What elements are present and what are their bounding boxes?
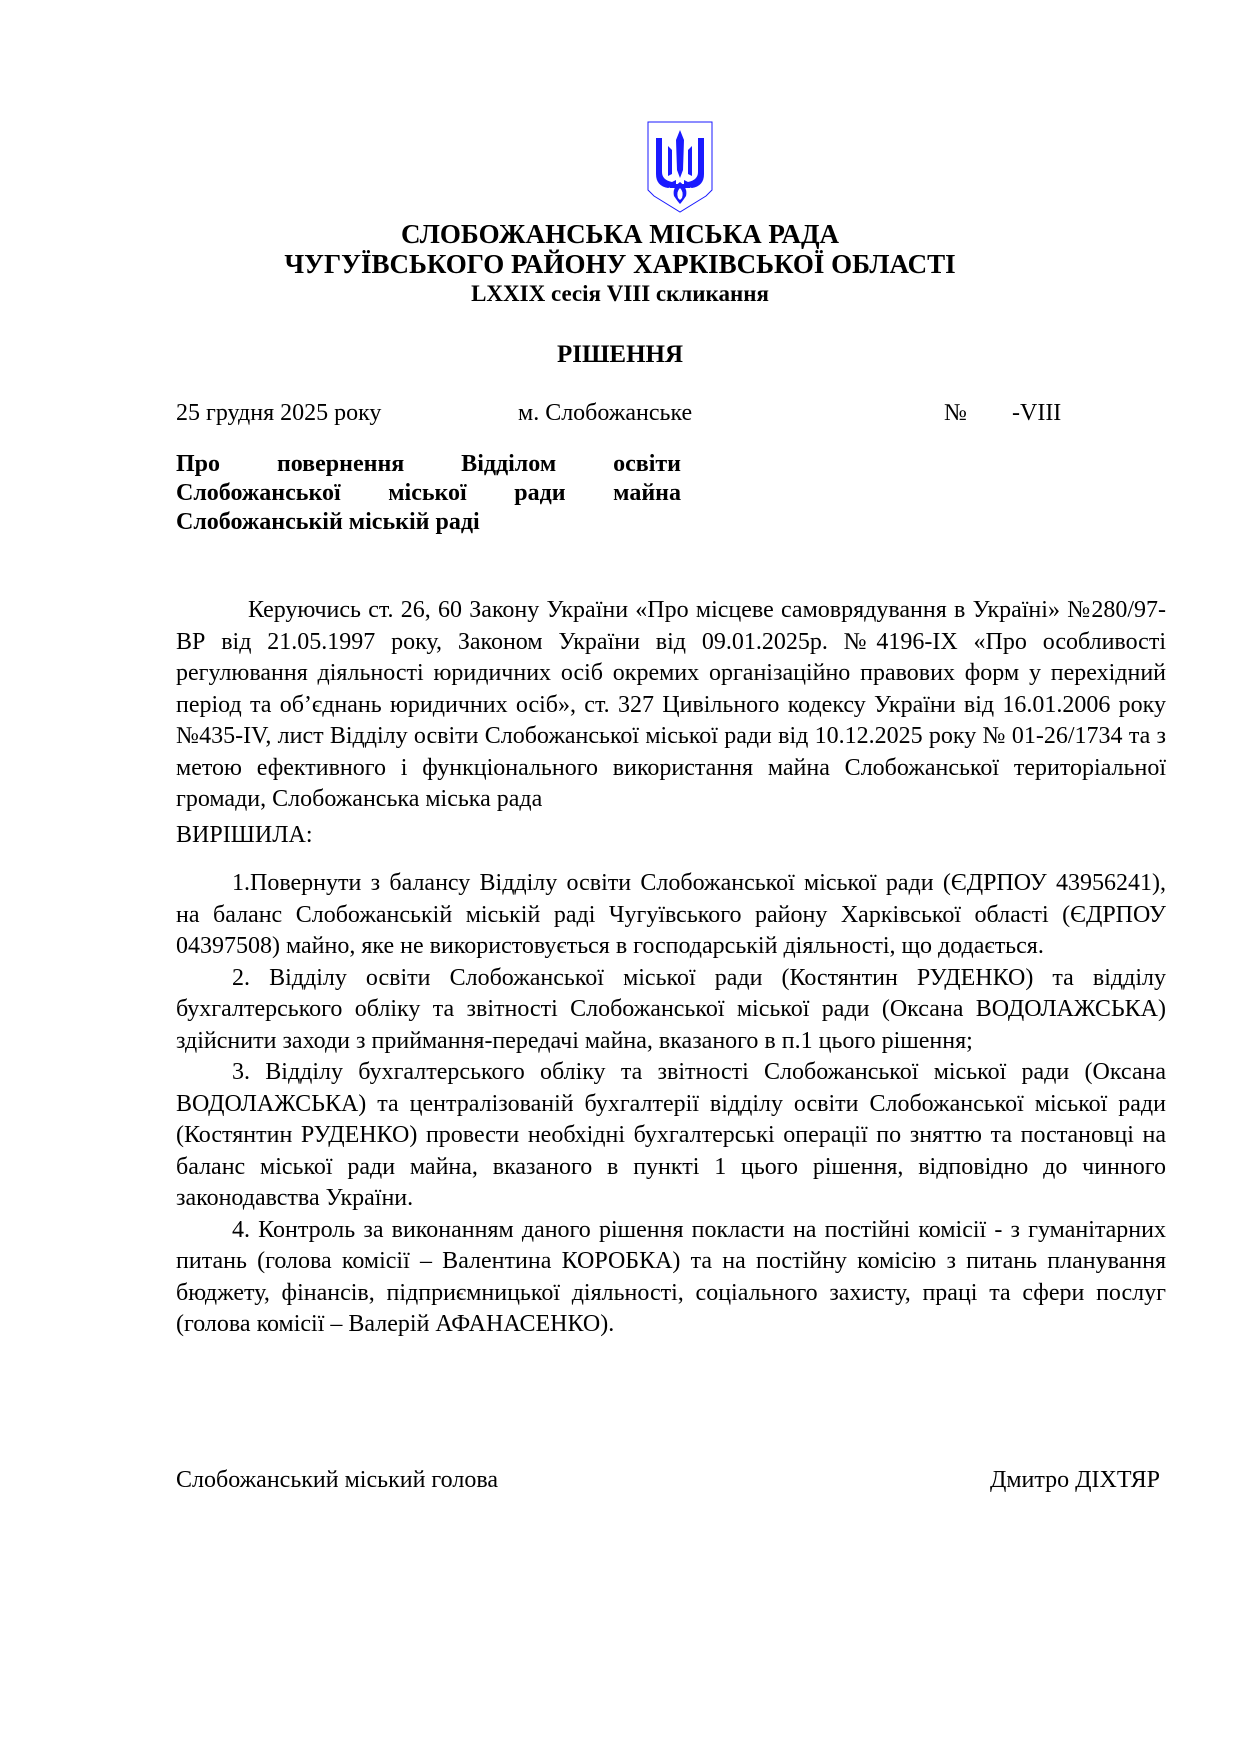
council-name: СЛОБОЖАНСЬКА МІСЬКА РАДА xyxy=(0,218,1240,250)
document-page: СЛОБОЖАНСЬКА МІСЬКА РАДА ЧУГУЇВСЬКОГО РА… xyxy=(0,0,1240,1754)
document-meta-line: 25 грудня 2025 року м. Слобожанське № -V… xyxy=(176,398,1166,428)
signatory-name: Дмитро ДІХТЯР xyxy=(990,1465,1160,1495)
decision-item-1: 1.Повернути з балансу Відділу освіти Сло… xyxy=(176,868,1166,963)
signatory-position: Слобожанський міський голова xyxy=(176,1465,498,1495)
decision-item-2: 2. Відділу освіти Слобожанської міської … xyxy=(176,963,1166,1058)
document-number: -VIII xyxy=(1012,398,1061,428)
council-region: ЧУГУЇВСЬКОГО РАЙОНУ ХАРКІВСЬКОЇ ОБЛАСТІ xyxy=(0,248,1240,280)
document-type-title: РІШЕННЯ xyxy=(0,340,1240,370)
preamble-paragraph: Керуючись ст. 26, 60 Закону України «Про… xyxy=(176,595,1166,816)
decided-label: ВИРІШИЛА: xyxy=(176,820,313,850)
document-number-label: № xyxy=(944,398,967,428)
decision-item-3: 3. Відділу бухгалтерського обліку та зві… xyxy=(176,1057,1166,1215)
session-info: LXXIX сесія VIII скликання xyxy=(0,280,1240,308)
decision-item-4: 4. Контроль за виконанням даного рішення… xyxy=(176,1215,1166,1341)
document-subject: Про повернення Відділом освіти Слобожанс… xyxy=(176,450,681,537)
decision-items: 1.Повернути з балансу Відділу освіти Сло… xyxy=(176,868,1166,1341)
document-place: м. Слобожанське xyxy=(518,398,692,428)
document-date: 25 грудня 2025 року xyxy=(176,398,381,428)
coat-of-arms-trident-icon xyxy=(646,120,714,214)
